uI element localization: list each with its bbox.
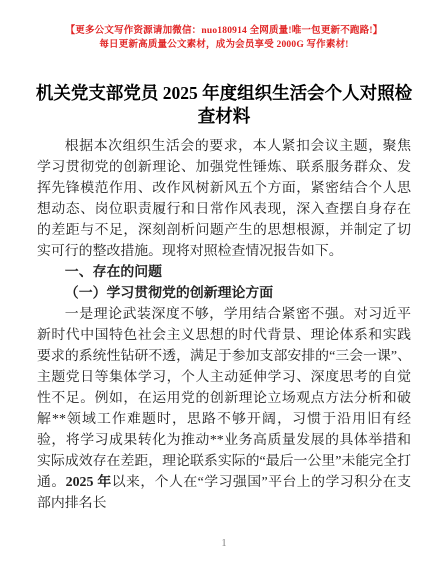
ad-banner-line2: 每日更新高质量公文素材，成为会员享受 2000G 写作素材! xyxy=(0,38,448,52)
subsection-heading-theory: （一）学习贯彻党的创新理论方面 xyxy=(37,283,411,304)
document-body: 根据本次组织生活会的要求，本人紧扣会议主题，聚焦学习贯彻党的创新理论、加强党性锤… xyxy=(37,136,411,514)
intro-paragraph: 根据本次组织生活会的要求，本人紧扣会议主题，聚焦学习贯彻党的创新理论、加强党性锤… xyxy=(37,136,411,262)
document-title: 机关党支部党员 2025 年度组织生活会个人对照检查材料 xyxy=(28,82,420,128)
section-heading-problems: 一、存在的问题 xyxy=(37,262,411,283)
problem-item-text: 一是理论武装深度不够，学用结合紧密不强。对习近平新时代中国特色社会主义思想的时代… xyxy=(37,307,411,490)
document-page: 【更多公文写作资源请加微信：nuo180914 全网质量!唯一包更新不跑路!】 … xyxy=(0,0,448,580)
problem-item-paragraph: 一是理论武装深度不够，学用结合紧密不强。对习近平新时代中国特色社会主义思想的时代… xyxy=(37,304,411,514)
ad-banner-line1: 【更多公文写作资源请加微信：nuo180914 全网质量!唯一包更新不跑路!】 xyxy=(0,24,448,38)
ad-banner: 【更多公文写作资源请加微信：nuo180914 全网质量!唯一包更新不跑路!】 … xyxy=(0,24,448,52)
year-highlight: 2025 年 xyxy=(66,475,112,490)
page-number: 1 xyxy=(0,538,448,549)
